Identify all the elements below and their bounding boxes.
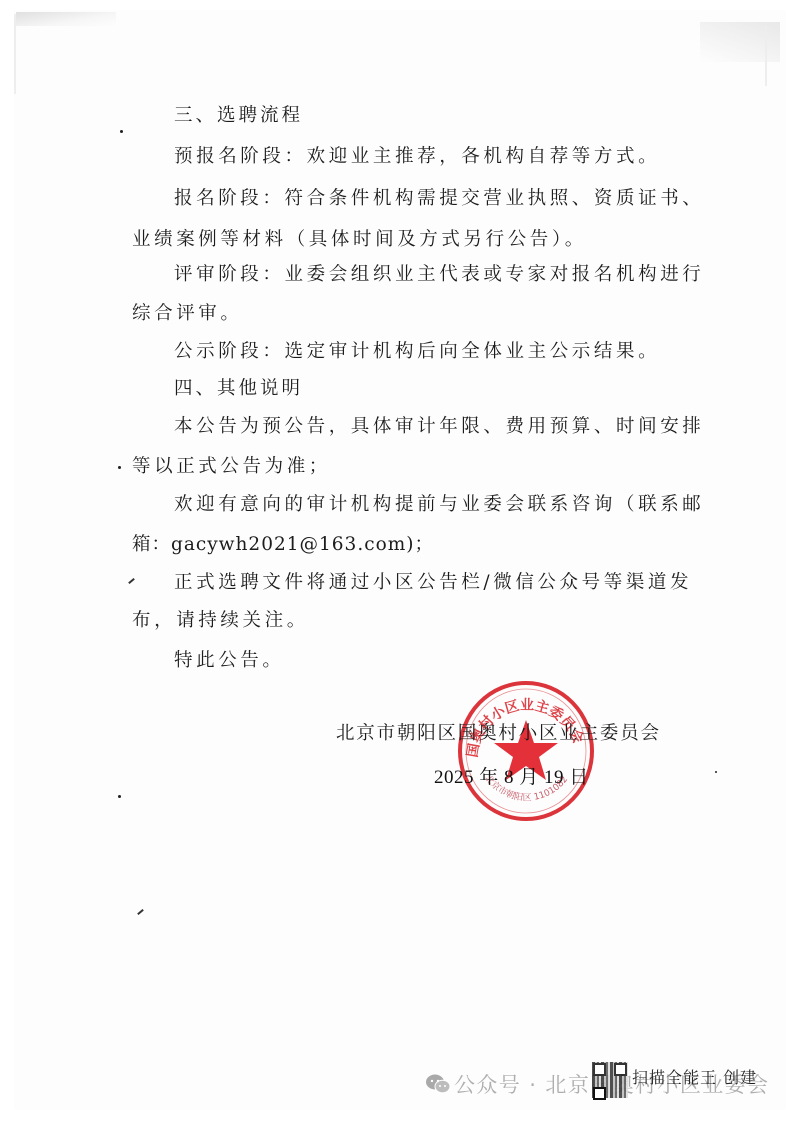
- signing-date: 2025 年 8 月 19 日: [434, 762, 589, 789]
- registration-stage-line2: 业绩案例等材料（具体时间及方式另行公告）。: [132, 228, 587, 252]
- publicity-stage: 公示阶段：选定审计机构后向全体业主公示结果。: [174, 340, 660, 364]
- registration-stage-line1: 报名阶段：符合条件机构需提交营业执照、资质证书、: [174, 187, 704, 211]
- scan-speck: [118, 795, 121, 798]
- review-stage-line2: 综合评审。: [132, 302, 243, 326]
- section-three-heading: 三、选聘流程: [174, 104, 303, 128]
- scanner-app-label: 扫描全能王 创建: [632, 1065, 757, 1088]
- page-edge-shadow: [700, 22, 780, 62]
- scan-speck: [120, 130, 123, 133]
- qr-code-corner: [593, 1087, 606, 1100]
- closing-statement: 特此公告。: [174, 649, 285, 673]
- official-seal-icon: 国奥村小区业主委员会 北京市朝阳区 1101082021.10: [455, 680, 597, 822]
- note-contact-line2: 箱：gacywh2021@163.com)；: [132, 533, 434, 557]
- document-page: [14, 10, 786, 1110]
- note-preliminary-line1: 本公告为预公告，具体审计年限、费用预算、时间安排: [174, 415, 704, 439]
- page-edge-shadow: [16, 12, 116, 26]
- note-publication-line2: 布，请持续关注。: [132, 609, 309, 633]
- note-preliminary-line2: 等以正式公告为准；: [132, 455, 331, 479]
- page-edge: [765, 26, 767, 86]
- page-edge: [14, 14, 16, 94]
- scan-speck: [715, 771, 717, 773]
- signing-organization: 北京市朝阳区国奥村小区业主委员会: [336, 719, 661, 745]
- pre-registration-stage: 预报名阶段：欢迎业主推荐，各机构自荐等方式。: [174, 145, 660, 169]
- scan-speck: [118, 466, 121, 469]
- note-contact-line1: 欢迎有意向的审计机构提前与业委会联系咨询（联系邮: [174, 493, 704, 517]
- wechat-icon: [425, 1073, 451, 1095]
- note-publication-line1: 正式选聘文件将通过小区公告栏/微信公众号等渠道发: [174, 571, 692, 595]
- review-stage-line1: 评审阶段：业委会组织业主代表或专家对报名机构进行: [174, 263, 704, 287]
- section-four-heading: 四、其他说明: [174, 377, 303, 401]
